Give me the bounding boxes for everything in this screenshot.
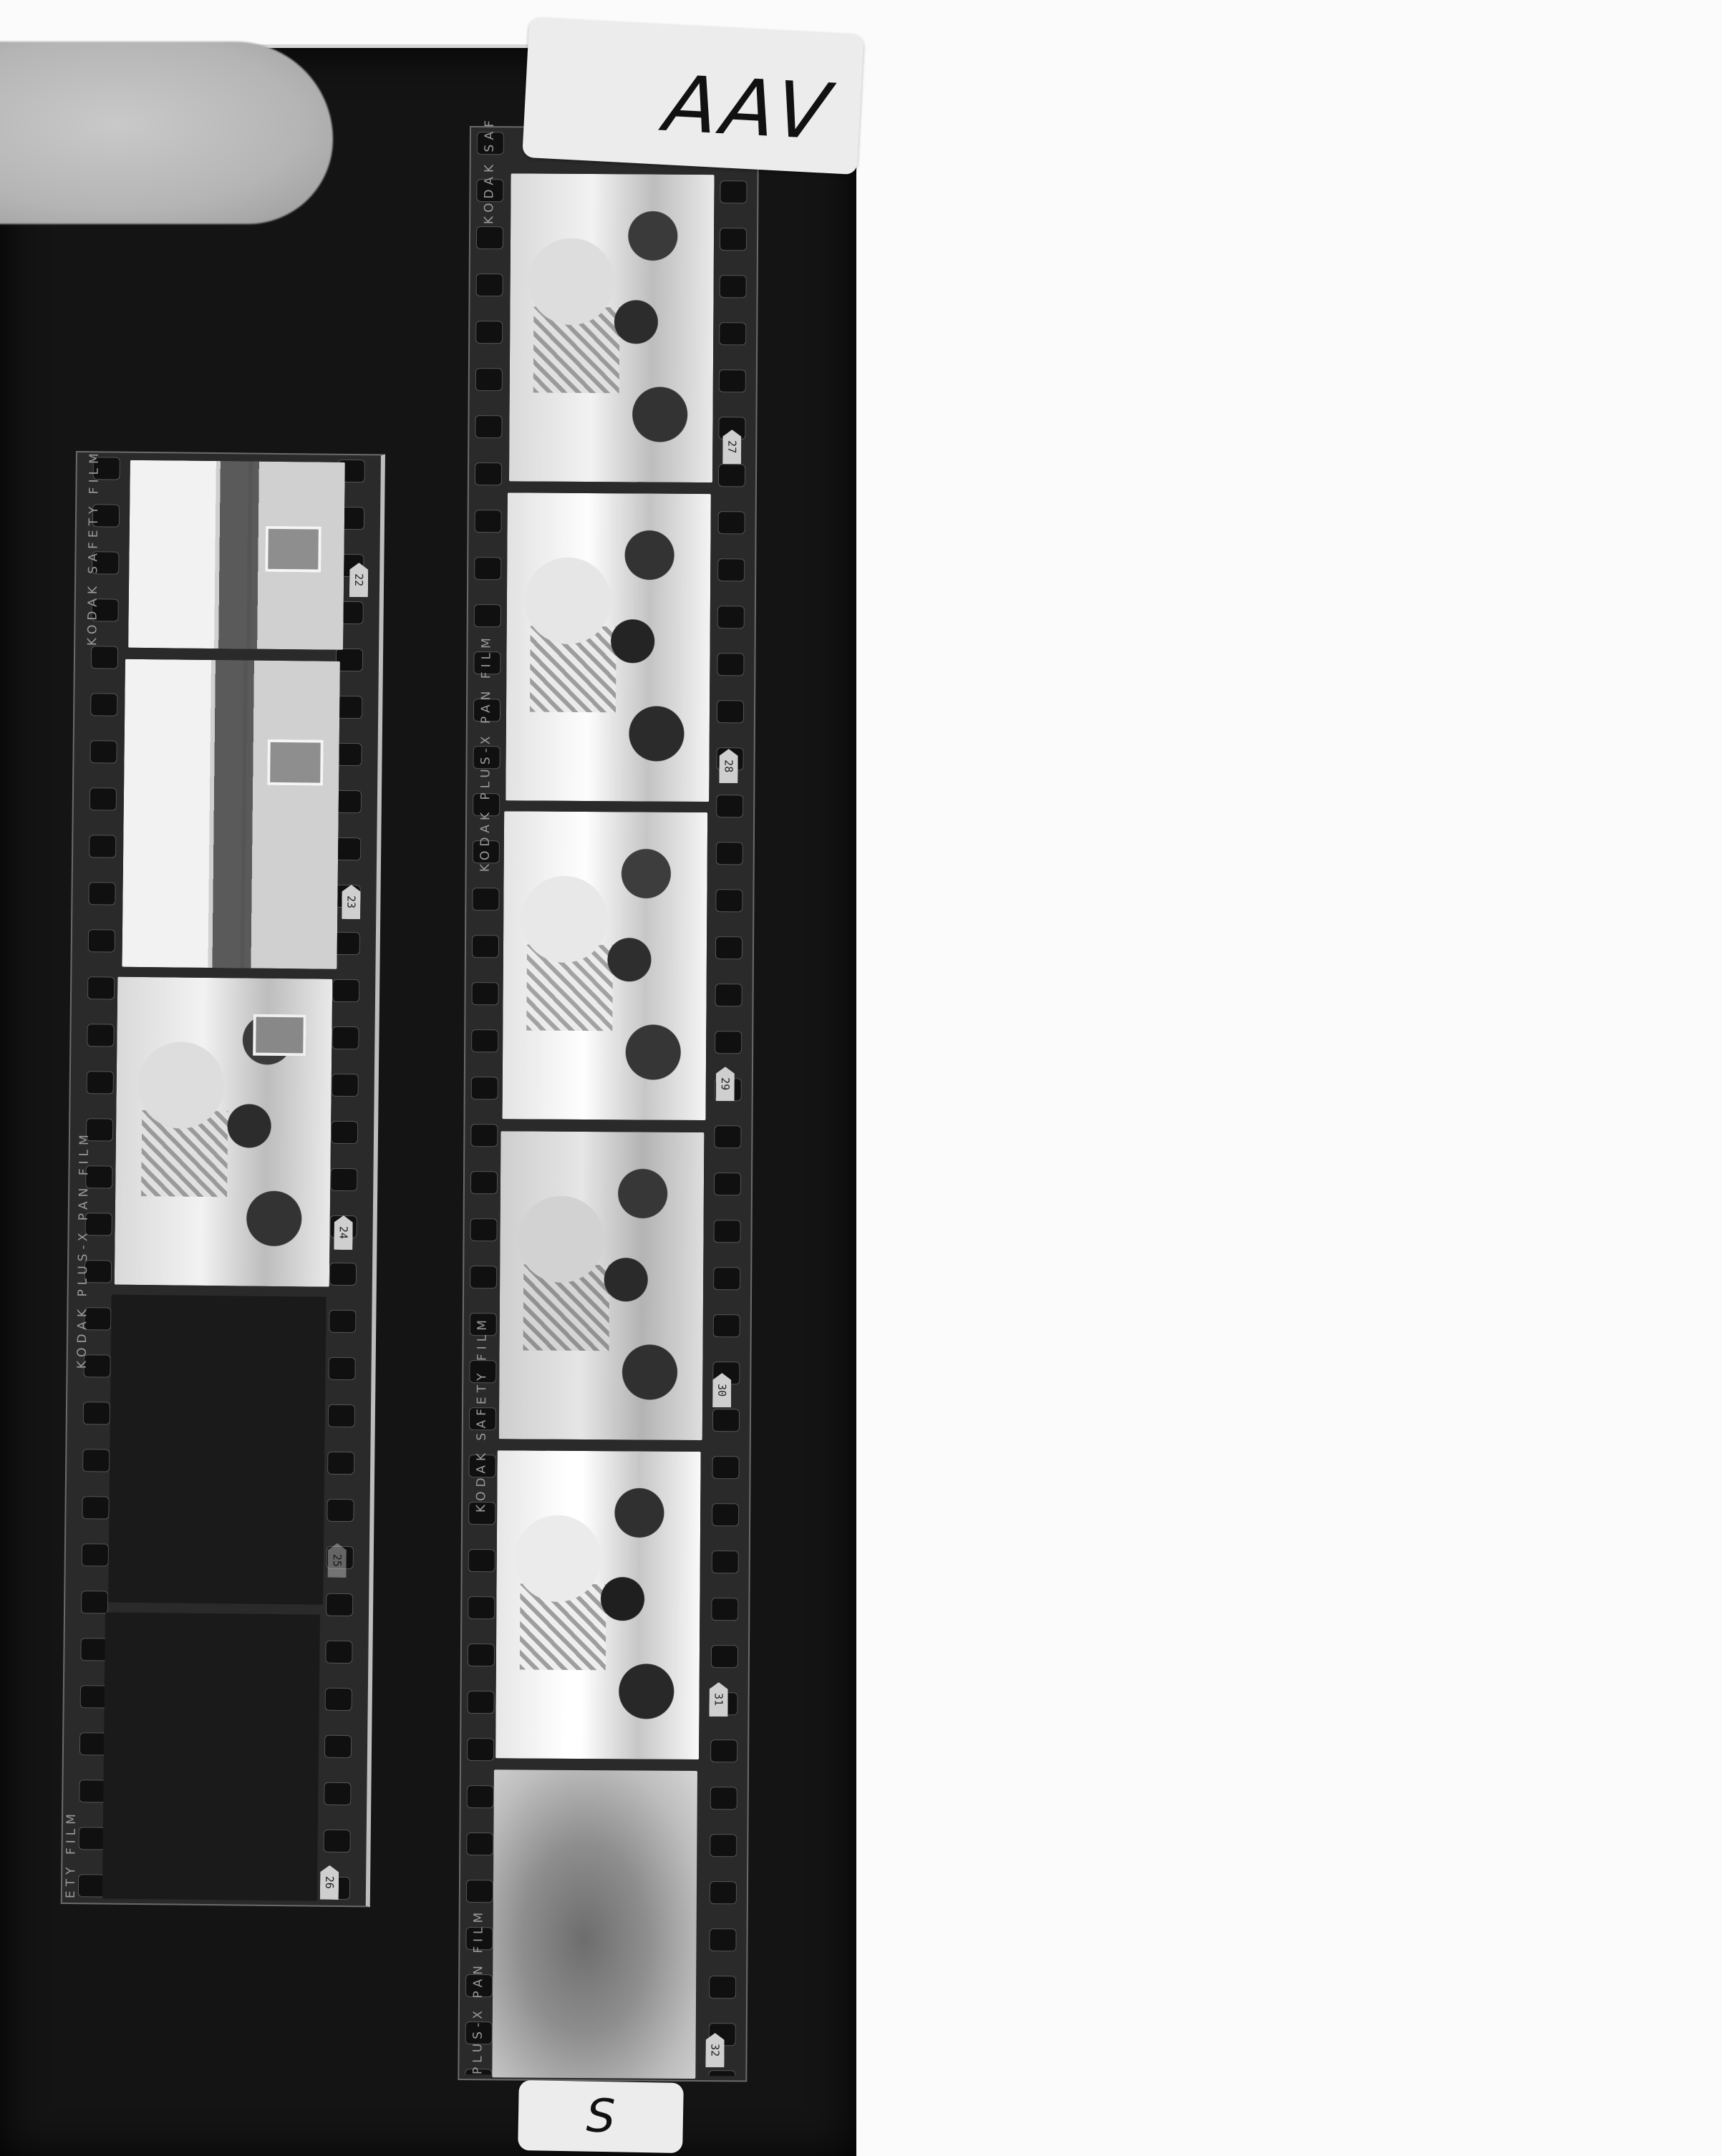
sprocket-hole xyxy=(326,1499,354,1522)
sprocket-hole xyxy=(716,842,743,865)
sprocket-hole xyxy=(713,1267,740,1290)
sheet-label-bottom: S xyxy=(518,2080,684,2153)
sprocket-hole xyxy=(327,1452,354,1475)
sprocket-hole xyxy=(88,929,115,952)
sprocket-hole xyxy=(325,1688,352,1711)
backboard xyxy=(265,526,321,573)
sprocket-hole xyxy=(470,1266,497,1288)
sprocket-hole xyxy=(717,653,744,676)
photo-frame[interactable] xyxy=(509,173,715,482)
sprocket-hole xyxy=(83,1402,110,1424)
frame-number: 26 xyxy=(320,1865,339,1900)
sprocket-hole xyxy=(713,1314,740,1337)
sprocket-hole xyxy=(82,1449,110,1472)
film-strip-right: KODAK SAF KODAK PLUS-X PAN FILM KODAK SA… xyxy=(458,126,759,2082)
sprocket-hole xyxy=(79,1732,107,1755)
sprocket-hole xyxy=(82,1543,109,1566)
photo-frame[interactable] xyxy=(128,460,345,650)
frame-number: 30 xyxy=(712,1373,731,1407)
sprocket-hole xyxy=(466,1880,493,1903)
sprocket-hole xyxy=(712,1456,739,1479)
blank-frame[interactable] xyxy=(108,1295,326,1605)
label-code: S xyxy=(586,2090,616,2144)
sprocket-hole xyxy=(710,1787,737,1810)
backboard xyxy=(253,1014,306,1057)
sprocket-hole xyxy=(475,321,503,344)
sprocket-hole xyxy=(324,1782,351,1805)
sprocket-hole xyxy=(714,1125,741,1148)
edge-text: KODAK PLUS-X PAN FILM xyxy=(75,1130,92,1369)
sprocket-hole xyxy=(472,888,499,911)
sprocket-hole xyxy=(709,1976,736,1999)
sprocket-hole xyxy=(78,1874,105,1897)
photo-frame[interactable] xyxy=(506,492,711,802)
sprocket-hole xyxy=(79,1779,106,1802)
sprocket-hole xyxy=(471,982,498,1005)
frame-number: 31 xyxy=(709,1682,727,1716)
sprocket-hole xyxy=(470,1171,498,1194)
sprocket-hole xyxy=(330,1168,357,1191)
sprocket-hole xyxy=(329,1263,357,1286)
sprocket-hole xyxy=(468,1549,495,1572)
sprocket-hole xyxy=(326,1593,353,1616)
sprocket-hole xyxy=(715,984,742,1006)
sprocket-hole xyxy=(710,1834,737,1857)
sprocket-hole xyxy=(80,1638,107,1661)
photo-frame[interactable] xyxy=(499,1131,705,1440)
finger-shadow xyxy=(0,42,333,224)
sprocket-hole xyxy=(709,1928,736,1951)
sprocket-hole xyxy=(89,835,116,858)
sprocket-hole xyxy=(715,1031,742,1054)
sprocket-hole xyxy=(82,1496,109,1519)
sprocket-hole xyxy=(471,1029,498,1052)
film-strip-left: KODAK SAFETY FILM KODAK PLUS-X PAN FILM … xyxy=(61,451,385,1907)
sprocket-hole xyxy=(87,1071,114,1094)
sprocket-hole xyxy=(468,1643,495,1666)
sprocket-hole xyxy=(475,462,502,485)
sprocket-hole xyxy=(474,604,501,627)
edge-text: KODAK SAFETY FILM xyxy=(85,449,102,646)
sprocket-hole xyxy=(470,1124,498,1147)
sprocket-hole xyxy=(331,1121,358,1144)
sprocket-hole xyxy=(474,557,501,580)
sprocket-hole xyxy=(329,1310,356,1333)
sprocket-hole xyxy=(325,1641,352,1664)
sprocket-hole xyxy=(719,369,746,392)
sprocket-hole xyxy=(717,606,745,628)
sprocket-hole xyxy=(710,1739,737,1762)
sprocket-hole xyxy=(90,693,117,716)
sprocket-hole xyxy=(714,1172,741,1195)
label-code: AAV xyxy=(659,59,838,157)
photo-frame[interactable] xyxy=(115,977,332,1287)
frame-number: 27 xyxy=(722,429,741,464)
sprocket-hole xyxy=(720,180,747,203)
sprocket-hole xyxy=(717,700,744,723)
sprocket-hole xyxy=(88,882,115,905)
sprocket-hole xyxy=(475,510,502,533)
frame-number: 22 xyxy=(349,563,369,597)
edge-text: KODAK SAF xyxy=(482,116,497,224)
sprocket-hole xyxy=(711,1645,738,1668)
sprocket-hole xyxy=(471,1077,498,1099)
sheet-label-top: AAV xyxy=(522,17,864,175)
edge-text: KODAK SAFETY FILM xyxy=(474,1316,490,1512)
sprocket-hole xyxy=(719,322,746,345)
sprocket-hole xyxy=(715,936,743,959)
sprocket-hole xyxy=(467,1738,494,1761)
sprocket-hole xyxy=(90,787,117,810)
sprocket-hole xyxy=(466,1832,493,1855)
sprocket-hole xyxy=(710,1881,737,1904)
frame-number: 24 xyxy=(334,1215,353,1250)
sprocket-hole xyxy=(87,1024,114,1047)
edge-text: PLUS-X PAN FILM xyxy=(470,1908,485,2074)
sprocket-holes-right xyxy=(708,133,748,2076)
sprocket-hole xyxy=(332,979,359,1002)
sprocket-hole xyxy=(712,1550,739,1573)
sprocket-hole xyxy=(712,1503,739,1526)
sprocket-hole xyxy=(470,1218,497,1241)
sprocket-hole xyxy=(475,415,502,438)
frame-number: 28 xyxy=(719,749,737,783)
sprocket-hole xyxy=(717,558,745,581)
sprocket-hole xyxy=(720,228,747,251)
sprocket-hole xyxy=(332,1026,359,1049)
sprocket-hole xyxy=(90,740,117,763)
sprocket-hole xyxy=(332,1074,359,1097)
sprocket-hole xyxy=(712,1409,740,1432)
sprocket-hole xyxy=(81,1591,108,1613)
frame-number: 32 xyxy=(705,2033,724,2067)
edge-text: KODAK PLUS-X PAN FILM xyxy=(478,633,494,872)
photo-frame[interactable] xyxy=(503,811,708,1120)
sprocket-hole xyxy=(472,935,499,958)
frame-number: 29 xyxy=(716,1067,735,1101)
sprocket-hole xyxy=(80,1685,107,1708)
sprocket-hole xyxy=(711,1598,738,1621)
sprocket-hole xyxy=(467,1785,494,1808)
sprocket-hole xyxy=(716,795,743,817)
sprocket-hole xyxy=(476,273,503,296)
frame-number: 23 xyxy=(342,885,361,919)
sprocket-hole xyxy=(720,275,747,298)
blank-frame[interactable] xyxy=(102,1613,320,1901)
sprocket-hole xyxy=(87,976,115,999)
sprocket-hole xyxy=(328,1357,355,1380)
sprocket-hole xyxy=(718,464,745,487)
backboard xyxy=(267,739,324,786)
sprocket-hole xyxy=(708,2070,735,2076)
photo-frame[interactable] xyxy=(492,1769,697,2079)
edge-text: ETY FILM xyxy=(64,1810,79,1898)
photo-frame[interactable] xyxy=(495,1450,701,1759)
sprocket-hole xyxy=(324,1830,351,1852)
sprocket-hole xyxy=(467,1691,494,1714)
sprocket-hole xyxy=(91,646,118,669)
sprocket-hole xyxy=(79,1827,106,1850)
sprocket-hole xyxy=(713,1220,740,1243)
sprocket-hole xyxy=(476,226,503,249)
sprocket-hole xyxy=(328,1404,355,1427)
sprocket-hole xyxy=(475,368,503,391)
frame-number: 25 xyxy=(328,1543,347,1578)
sprocket-hole xyxy=(715,889,743,912)
sprocket-hole xyxy=(468,1596,495,1619)
photo-frame[interactable] xyxy=(122,659,339,969)
sprocket-hole xyxy=(324,1735,352,1758)
sprocket-hole xyxy=(718,511,745,534)
